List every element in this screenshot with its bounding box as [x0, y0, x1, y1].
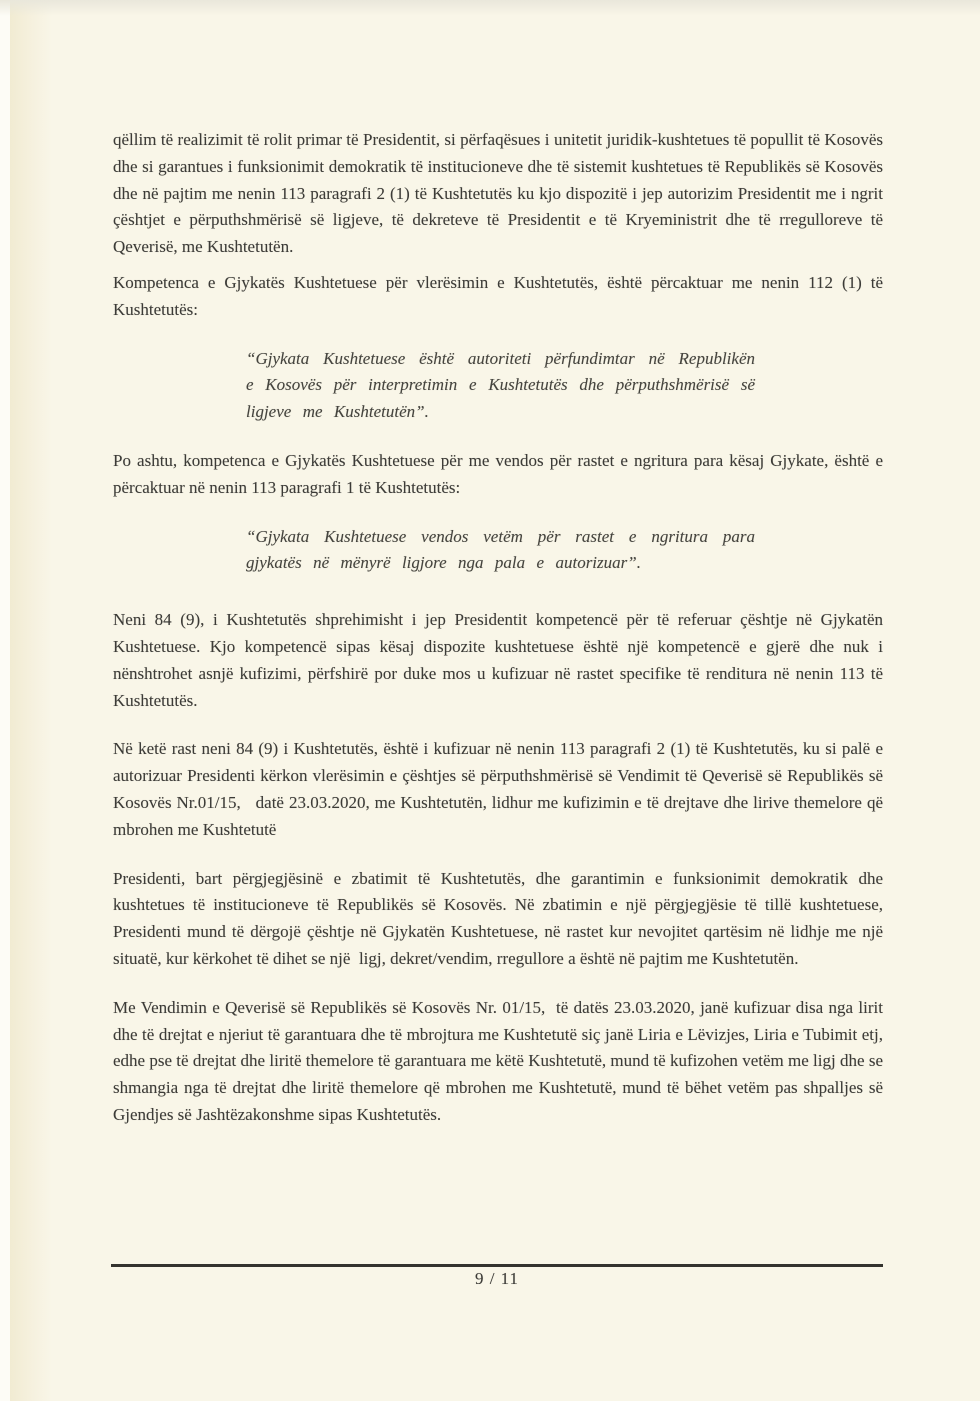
scan-edge-top: [0, 0, 980, 16]
scanned-document-page: qëllim të realizimit të rolit primar të …: [0, 0, 980, 1401]
body-paragraph: Me Vendimin e Qeverisë së Republikës së …: [113, 995, 883, 1129]
footer-rule: [111, 1264, 883, 1267]
body-paragraph: Neni 84 (9), i Kushtetutës shprehimisht …: [113, 607, 883, 714]
body-paragraph: Presidenti, bart përgjegjësinë e zbatimi…: [113, 866, 883, 973]
body-paragraph: Po ashtu, kompetenca e Gjykatës Kushtetu…: [113, 448, 883, 502]
quote-paragraph: “Gjykata Kushtetuese vendos vetëm për ra…: [246, 524, 755, 578]
document-body: qëllim të realizimit të rolit primar të …: [113, 127, 883, 1151]
page-number: 9 / 11: [475, 1269, 519, 1289]
body-paragraph: Në ketë rast neni 84 (9) i Kushtetutës, …: [113, 736, 883, 843]
body-paragraph: Kompetenca e Gjykatës Kushtetuese për vl…: [113, 270, 883, 324]
quote-paragraph: “Gjykata Kushtetuese është autoriteti pë…: [246, 346, 755, 426]
scan-edge-left-white: [0, 0, 10, 1401]
body-paragraph: qëllim të realizimit të rolit primar të …: [113, 127, 883, 261]
scan-edge-left-band: [10, 0, 52, 1401]
page-footer: 9 / 11: [111, 1264, 883, 1289]
